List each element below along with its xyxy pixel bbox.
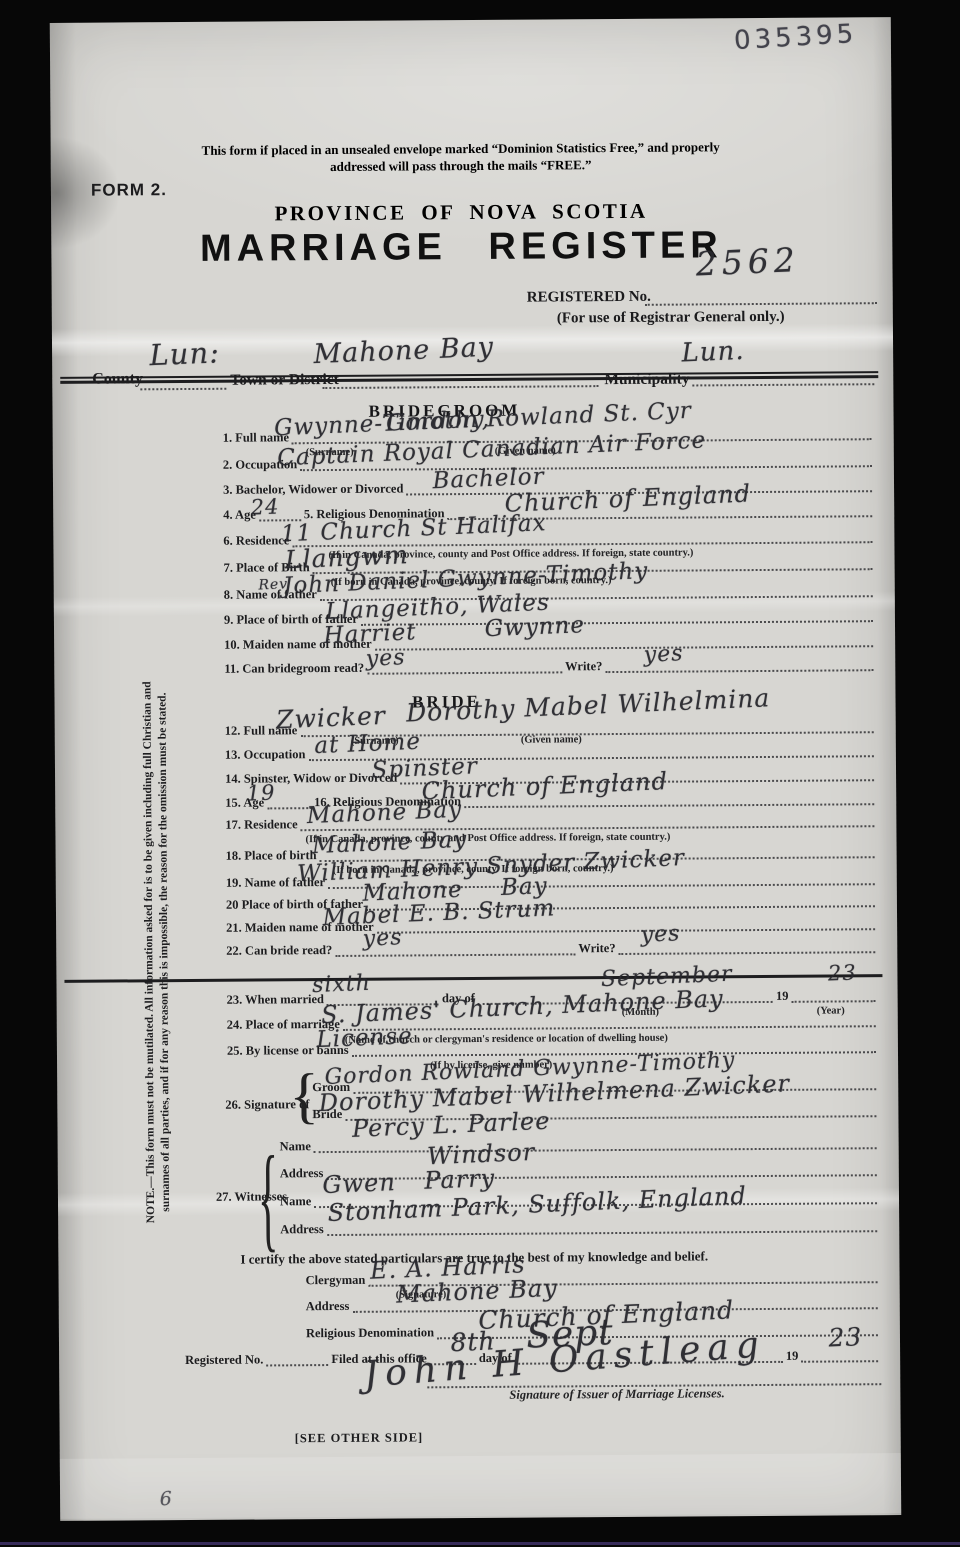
field-label: Name: [280, 1194, 311, 1209]
field-label: Religious Denomination: [306, 1325, 434, 1341]
dotted-leader: [377, 926, 875, 933]
year-prefix: 19: [786, 1349, 799, 1364]
marriage-license-value: License: [316, 1023, 413, 1053]
groom-age-value: 24: [250, 494, 280, 519]
filed-year-value: 23: [828, 1322, 863, 1352]
year-prefix: 19: [776, 989, 789, 1004]
field-label: 23. When married: [227, 992, 324, 1008]
field-label: 13. Occupation: [225, 747, 306, 763]
field-label: 17. Residence: [225, 817, 297, 833]
field-label: 22. Can bride read?: [226, 943, 332, 959]
dotted-leader: [267, 805, 311, 809]
film-number-mark: 035395: [733, 19, 858, 56]
dotted-leader: [140, 386, 226, 391]
province-title: PROVINCE OF NOVA SCOTIA: [111, 198, 811, 228]
field-11-literacy: 11. Can bridegroom read? Write?: [224, 656, 876, 677]
county-value: Lun:: [149, 335, 221, 372]
issuer-signature-hint: Signature of Issuer of Marriage Licenses…: [509, 1386, 724, 1403]
groom-read-value: yes: [365, 645, 406, 672]
field-label: Address: [280, 1222, 324, 1237]
bride-read-value: yes: [362, 925, 403, 952]
dotted-leader: [327, 1228, 877, 1236]
dotted-leader: [322, 383, 598, 389]
dotted-leader: [266, 1362, 328, 1366]
registered-no-value: 2562: [695, 240, 801, 283]
dotted-leader: [375, 643, 873, 650]
dotted-leader: [314, 1145, 877, 1153]
field-label: 11. Can bridegroom read?: [224, 661, 364, 677]
bride-age-value: 19: [246, 780, 276, 805]
marriage-day-value: sixth: [312, 971, 372, 998]
dotted-leader: [801, 1358, 878, 1363]
field-label: Address: [280, 1166, 324, 1181]
dotted-leader: [335, 951, 575, 957]
paper-crease: [60, 1453, 901, 1519]
marriage-register-document: 035395 6 This form if placed in an unsea…: [50, 17, 901, 1521]
field-label: Write?: [578, 941, 615, 956]
witnesses-brace: {: [258, 1141, 279, 1259]
section-divider-rule: [64, 974, 882, 983]
municipality-value: Lun.: [681, 336, 745, 369]
groom-write-value: yes: [643, 641, 684, 668]
dotted-leader: [619, 949, 876, 955]
registered-no-label: REGISTERED No.: [527, 289, 651, 307]
dotted-leader: [464, 801, 874, 808]
pencil-mark: 6: [159, 1488, 173, 1511]
marriage-year-value: 23: [828, 960, 858, 985]
dotted-leader: [645, 300, 877, 306]
bride-surname-value: Zwicker: [276, 701, 387, 735]
registrar-only-note: (For use of Registrar General only.): [557, 309, 785, 328]
field-label: Address: [306, 1299, 350, 1314]
dotted-leader: [791, 998, 875, 1003]
field-label: Clergyman: [306, 1273, 366, 1288]
field-label: 6. Residence: [223, 533, 289, 548]
field-label: Name: [280, 1139, 311, 1154]
dotted-leader: [692, 381, 874, 386]
scanned-page: 035395 6 This form if placed in an unsea…: [0, 0, 960, 1547]
town-value: Mahone Bay: [313, 332, 495, 371]
bride-write-value: yes: [640, 921, 681, 948]
field-label: Write?: [565, 659, 602, 674]
bride-occupation-value: at Home: [314, 729, 422, 759]
scan-artifact-line: [0, 1542, 960, 1545]
see-other-side-note: [SEE OTHER SIDE]: [295, 1430, 424, 1446]
field-22-literacy: 22. Can bride read? Write?: [226, 938, 878, 959]
dotted-leader: [605, 667, 873, 673]
form-number: FORM 2.: [91, 182, 167, 198]
field-label: Registered No.: [185, 1352, 263, 1368]
